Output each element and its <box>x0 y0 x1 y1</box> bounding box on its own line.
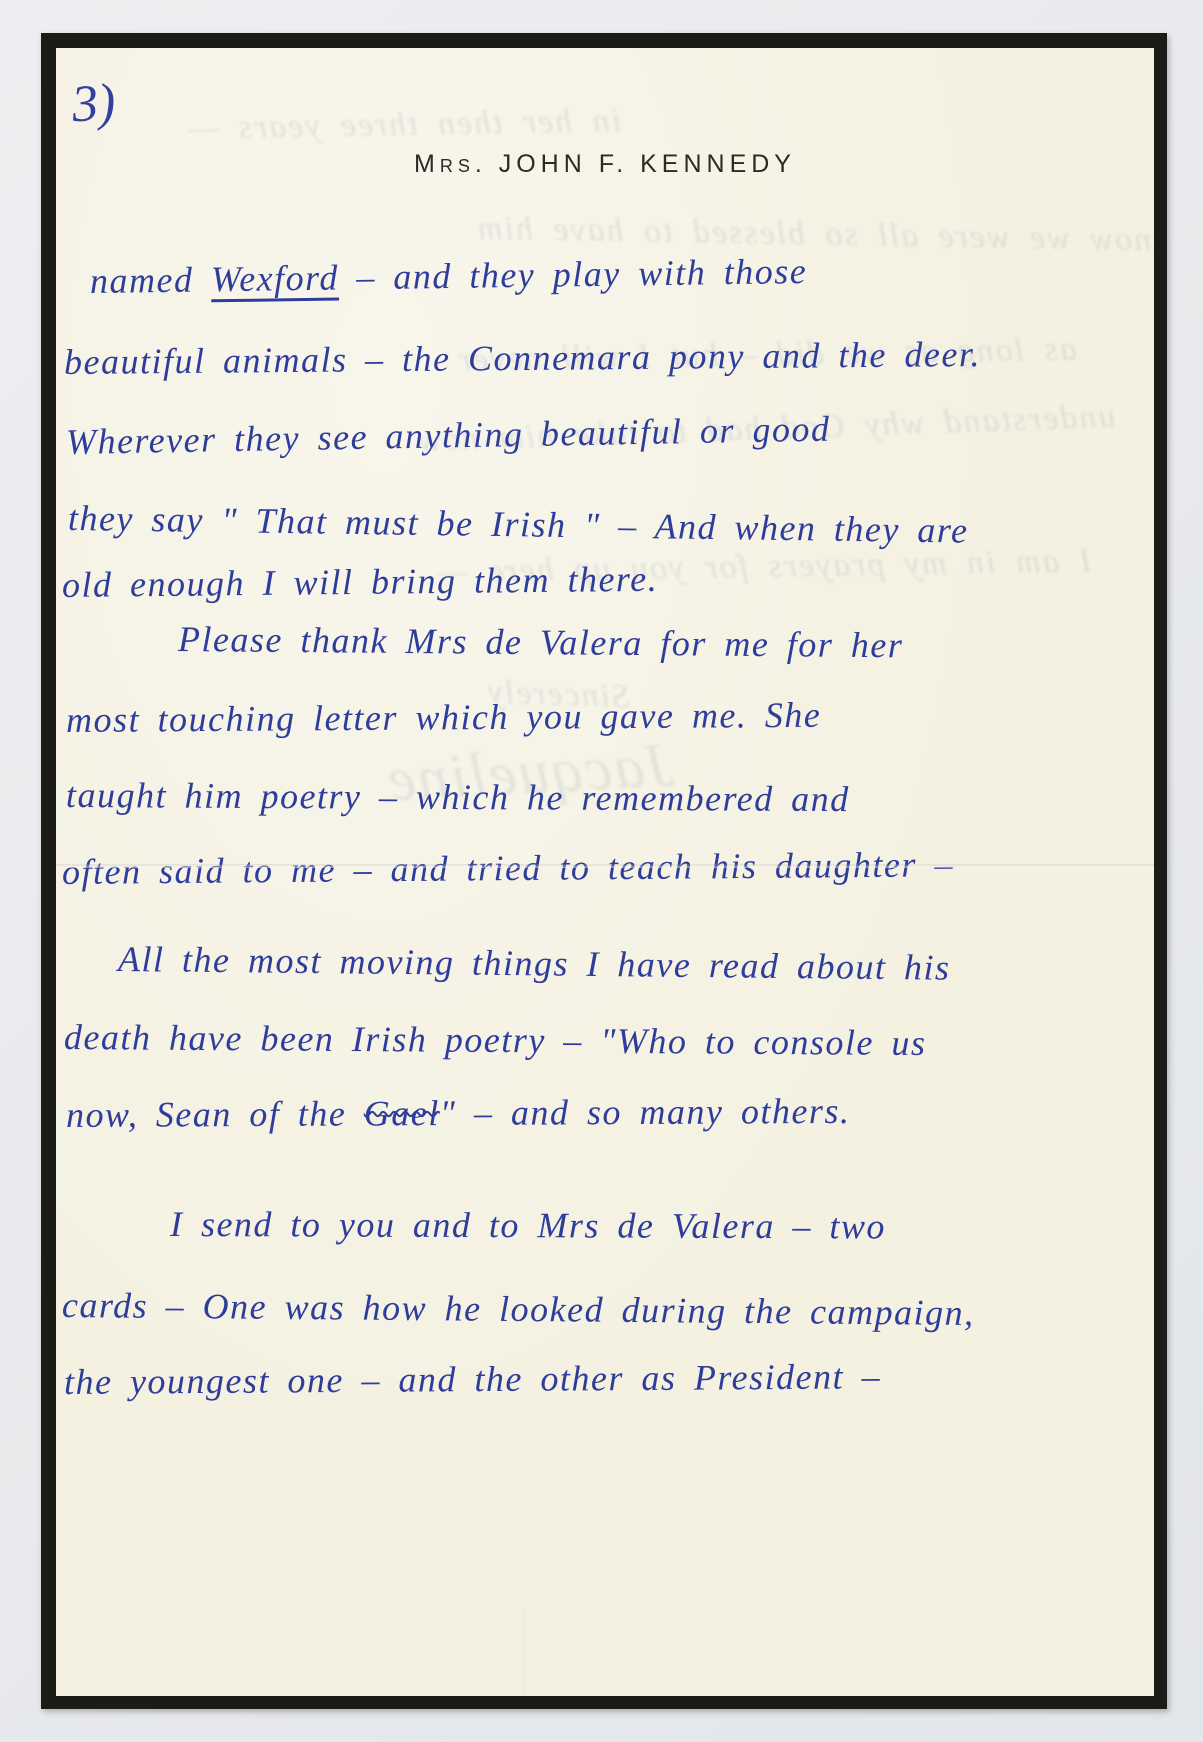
scribbled-word: Gael <box>364 1093 440 1133</box>
line-text: – and they play with those <box>339 251 808 298</box>
page-number: 3) <box>70 73 117 135</box>
fold-crease-vertical <box>524 1608 526 1696</box>
handwritten-line: taught him poetry – which he remembered … <box>66 774 850 820</box>
letterhead: Mrs. JOHN F. KENNEDY <box>56 150 1154 179</box>
underlined-word: Wexford <box>211 258 339 300</box>
handwritten-line: old enough I will bring them there. <box>62 558 659 606</box>
handwritten-line: named Wexford – and they play with those <box>90 250 808 302</box>
handwritten-line: All the most moving things I have read a… <box>118 938 951 989</box>
handwritten-line: cards – One was how he looked during the… <box>62 1284 975 1334</box>
handwritten-line: most touching letter which you gave me. … <box>66 694 822 741</box>
handwritten-line: often said to me – and tried to teach hi… <box>62 843 954 893</box>
handwritten-line: death have been Irish poetry – "Who to c… <box>64 1016 927 1064</box>
line-text: now, Sean of the <box>66 1093 364 1135</box>
bleed-text: in her then three years — <box>186 102 622 148</box>
letter-paper: in her then three years — I know we were… <box>56 48 1154 1696</box>
handwritten-line: the youngest one – and the other as Pres… <box>64 1355 881 1403</box>
handwritten-line: now, Sean of the Gael" – and so many oth… <box>66 1090 851 1136</box>
letterhead-name: JOHN F. KENNEDY <box>487 150 796 178</box>
handwritten-line: Please thank Mrs de Valera for me for he… <box>178 618 904 666</box>
handwritten-line: I send to you and to Mrs de Valera – two <box>170 1203 886 1247</box>
handwritten-line: they say " That must be Irish " – And wh… <box>68 497 969 552</box>
line-text: " – and so many others. <box>440 1091 851 1133</box>
line-text: named <box>90 259 212 301</box>
handwritten-line: beautiful animals – the Connemara pony a… <box>64 333 981 383</box>
letterhead-prefix: Mrs. <box>414 150 487 178</box>
handwritten-line: Wherever they see anything beautiful or … <box>66 408 831 463</box>
